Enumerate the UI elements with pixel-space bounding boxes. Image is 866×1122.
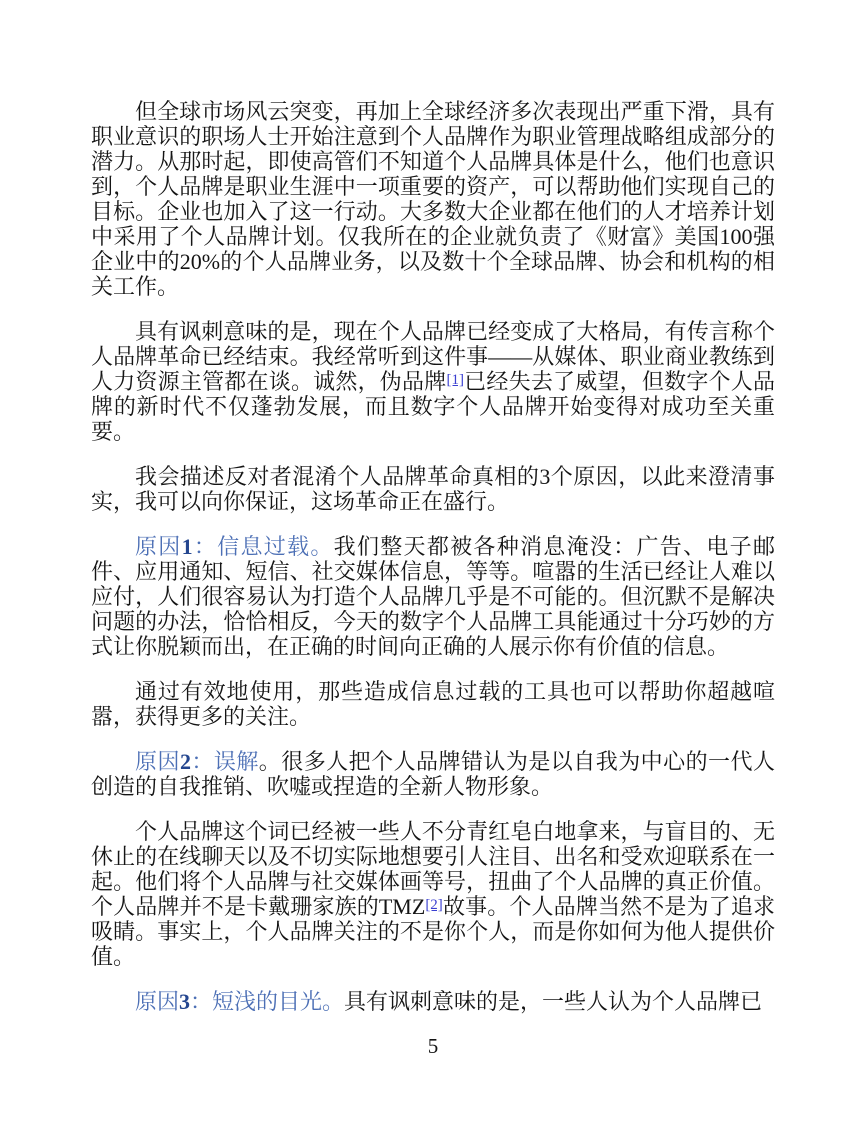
reason-2-number: 2 [180,749,191,774]
text-run: 具有讽刺意味的是，一些人认为个人品牌已 [344,989,762,1014]
reason-1-label: 原因 [135,534,182,559]
reason-1-title: ：信息过载。 [193,534,334,559]
paragraph-7: 个人品牌这个词已经被一些人不分青红皂白地拿来，与盲目的、无休止的在线聊天以及不切… [91,819,775,969]
reason-1-number: 1 [182,534,193,559]
reason-2-label: 原因 [135,749,180,774]
paragraph-8: 原因3：短浅的目光。具有讽刺意味的是，一些人认为个人品牌已 [91,989,775,1014]
reason-3-label: 原因 [135,989,179,1014]
paragraph-5: 通过有效地使用，那些造成信息过载的工具也可以帮助你超越喧嚣，获得更多的关注。 [91,679,775,729]
paragraph-1: 但全球市场风云突变，再加上全球经济多次表现出严重下滑，具有职业意识的职场人士开始… [91,99,775,299]
paragraph-6: 原因2：误解。很多人把个人品牌错认为是以自我为中心的一代人创造的自我推销、吹嘘或… [91,749,775,799]
document-page: 但全球市场风云突变，再加上全球经济多次表现出严重下滑，具有职业意识的职场人士开始… [0,0,866,1122]
text-run: 我会描述反对者混淆个人品牌革命真相的3个原因，以此来澄清事实，我可以向你保证，这… [91,464,775,514]
reason-2-title: ：误解 [191,749,259,774]
paragraph-2: 具有讽刺意味的是，现在个人品牌已经变成了大格局，有传言称个人品牌革命已经结束。我… [91,319,775,444]
page-number: 5 [91,1034,775,1059]
paragraph-3: 我会描述反对者混淆个人品牌革命真相的3个原因，以此来澄清事实，我可以向你保证，这… [91,464,775,514]
text-run: 但全球市场风云突变，再加上全球经济多次表现出严重下滑，具有职业意识的职场人士开始… [91,99,775,299]
footnote-link-1[interactable]: [1] [446,372,464,388]
footnote-link-2[interactable]: [2] [425,897,443,913]
reason-3-title: ：短浅的目光。 [190,989,344,1014]
paragraph-4: 原因1：信息过载。我们整天都被各种消息淹没：广告、电子邮件、应用通知、短信、社交… [91,534,775,659]
page-background: { "colors": { "text_color": "#141414", "… [0,0,866,1122]
reason-3-number: 3 [179,989,190,1014]
text-run: 通过有效地使用，那些造成信息过载的工具也可以帮助你超越喧嚣，获得更多的关注。 [91,679,775,729]
